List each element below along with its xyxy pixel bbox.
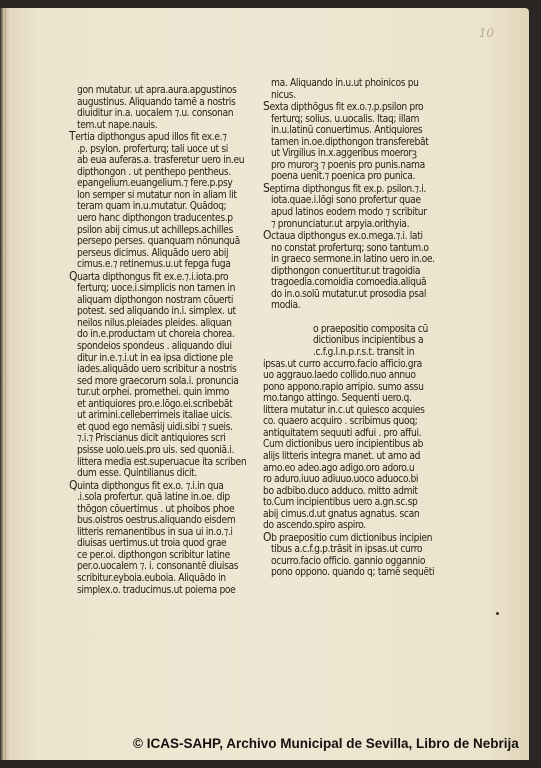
text-line: nicus. xyxy=(263,90,463,102)
text-line: Quarta dipthongus fit ex.e.⁊.i.iota.pro xyxy=(69,271,259,284)
text-line: psilon abij cimus.ut achilleps.achilles xyxy=(69,225,259,237)
text-line: ut Virgilius in.x.aggeribus moerorꝫ xyxy=(263,148,463,160)
text-line: littera mutatur in.c.ut quiesco acquies xyxy=(263,405,463,417)
text-line: tamen in.oe.dipthongon transferebāt xyxy=(263,137,463,149)
text-line: bus.oistros oestrus.aliquando eisdem xyxy=(69,515,259,527)
text-line: Ob praepositio cum dictionibus incipien xyxy=(263,532,463,545)
text-line: Tertia dipthongus apud illos fit ex.e.⁊ xyxy=(69,131,259,144)
text-line: litteris remanentibus in sua ui in.o.⁊.i xyxy=(69,527,259,539)
text-line: ro aduro.iuuo adiuuo.uoco aduoco.bi xyxy=(263,474,463,486)
text-line: .p. psylon. proferturq; tali uoce ut si xyxy=(69,144,259,156)
text-line: ferturq; uoce.i.simplicis non tamen in xyxy=(69,283,259,295)
text-line: Cum dictionibus uero incipientibus ab xyxy=(263,439,463,451)
text-line: perseus dicimus. Aliquādo uero abij xyxy=(69,248,259,260)
text-line: no constat proferturq; sono tantum.o xyxy=(263,243,463,255)
gutter-line xyxy=(5,8,6,760)
text-line: amo.eo adeo.ago adigo.oro adoro.u xyxy=(263,463,463,475)
text-line: dipthongon . ut penthepo pentheus. xyxy=(69,167,259,179)
text-line: tragoedia.comoidia comoedia.aliquā xyxy=(263,277,463,289)
text-line: dipthongon conuertitur.ut tragoidia xyxy=(263,266,463,278)
text-line: iota.quae.i.lōgi sono profertur quae xyxy=(263,195,463,207)
text-line: in graeco sermone.in latino uero in.oe. xyxy=(263,254,463,266)
text-line: potest. sed aliquando in.i. simplex. ut xyxy=(69,306,259,318)
text-line: mo.tango attingo. Sequenti uero.q. xyxy=(263,393,463,405)
folio-number: 10 xyxy=(479,26,494,40)
text-line: augustinus. Aliquando tamē a nostris xyxy=(69,97,259,109)
text-line: ocurro.facio officio. gannio oggannio xyxy=(263,556,463,568)
text-line: simplex.o. traducimus.ut poiema poe xyxy=(69,585,259,597)
text-line: do in.o.solū mutatur.ut prosodia psal xyxy=(263,289,463,301)
text-line: uo aggrauo.laedo collido.nuo annuo xyxy=(263,370,463,382)
text-line: tur.ut orphei. promethei. quin immo xyxy=(69,387,259,399)
text-line: thōgon cōuertimus . ut phoibos phoe xyxy=(69,504,259,516)
text-line: bo adbibo.duco adduco. mitto admit xyxy=(263,486,463,498)
left-text-column: gon mutatur. ut apra.aura.apgustinosaugu… xyxy=(69,85,259,596)
text-line: pro murorꝫ ⁊ poenis pro punis.nama xyxy=(263,160,463,172)
text-line: .c.f.g.l.n.p.r.s.t. transit in xyxy=(263,347,463,359)
text-line: ditur in.e.⁊.i.ut in ea ipsa dictione pl… xyxy=(69,353,259,365)
text-line: gon mutatur. ut apra.aura.apgustinos xyxy=(69,85,259,97)
text-line: co. quaero acquiro . scribimus quoq; xyxy=(263,416,463,428)
text-line: do ascendo.spiro aspiro. xyxy=(263,520,463,532)
text-line: psisse uolo.ueis.pro uis. sed quoniā.i. xyxy=(69,445,259,457)
text-line: dictionibus incipientibus a xyxy=(263,335,463,347)
text-line: o praepositio composita cū xyxy=(263,324,463,336)
section-gap xyxy=(263,312,463,324)
text-line: et quod ego nemāsij uidi.sibi ⁊ sueis. xyxy=(69,422,259,434)
text-line: ce per.oi. dipthongon scribitur latine xyxy=(69,550,259,562)
text-line: Quinta dipthongus fit ex.o. ⁊.i.in qua xyxy=(69,480,259,493)
text-line: ⁊ pronunciatur.ut arpyia.orithyia. xyxy=(263,219,463,231)
right-text-column: ma. Aliquando in.u.ut phoinicos punicus.… xyxy=(263,78,463,579)
copyright-notice: © ICAS-SAHP, Archivo Municipal de Sevill… xyxy=(133,736,519,751)
text-line: pono appono.rapio arripio. sumo assu xyxy=(263,382,463,394)
text-line: diuisas uertimus.ut troia quod grae xyxy=(69,538,259,550)
text-line: aliquam dipthongon nostram cōuerti xyxy=(69,295,259,307)
text-line: abij cimus.d.ut gnatus agnatus. scan xyxy=(263,509,463,521)
text-line: poena uenit.⁊ poenica pro punica. xyxy=(263,171,463,183)
text-line: et antiquiores pro.e.lōgo.ei.scribebāt xyxy=(69,399,259,411)
text-line: Sexta dipthōgus fit ex.o.⁊.p.psilon pro xyxy=(263,101,463,114)
text-line: ab eua auferas.a. trasferetur uero in.eu xyxy=(69,155,259,167)
text-line: neilos nilus.pleiades pleides. aliquan xyxy=(69,318,259,330)
text-line: ferturq; solius. u.uocalis. Itaq; illam xyxy=(263,114,463,126)
ink-stain xyxy=(496,612,499,615)
text-line: scribitur.eyboia.euboia. Aliquādo in xyxy=(69,573,259,585)
text-line: tibus a.c.f.g.p.trāsit in ipsas.ut curro xyxy=(263,544,463,556)
binding-edge xyxy=(0,8,9,760)
text-line: tem.ut nape.nauis. xyxy=(69,120,259,132)
text-line: to.Cum incipientibus uero a.gn.sc.sp xyxy=(263,497,463,509)
text-line: Septima dipthongus fit ex.p. psilon.⁊.i. xyxy=(263,183,463,196)
text-line: sed more graecorum sola.i. pronuncia xyxy=(69,376,259,388)
text-line: ipsas.ut curro accurro.facio afficio.gra xyxy=(263,359,463,371)
text-line: do in.e.productam ut choreia chorea. xyxy=(69,329,259,341)
text-line: alijs litteris integra manet. ut amo ad xyxy=(263,451,463,463)
text-line: uero hanc dipthongon traducentes.p xyxy=(69,213,259,225)
text-line: ma. Aliquando in.u.ut phoinicos pu xyxy=(263,78,463,90)
text-line: lon semper si mutatur non in aliam lit xyxy=(69,190,259,202)
text-line: apud latinos eodem modo ⁊ scribitur xyxy=(263,207,463,219)
text-line: pono oppono. quando q; tamē sequēti xyxy=(263,567,463,579)
text-line: cimus.e.⁊ retinemus.u.ut fepga fuga xyxy=(69,259,259,271)
text-line: spondeios spondeus . aliquando diui xyxy=(69,341,259,353)
text-line: per.o.uocalem ⁊. i. consonantē diuisas xyxy=(69,561,259,573)
text-line: ⁊.i.⁊ Priscianus dicit antiquiores scri xyxy=(69,433,259,445)
text-line: epangelium.euangelium.⁊ fere.p.psy xyxy=(69,178,259,190)
text-line: .i.sola profertur. quā latine in.oe. dip xyxy=(69,492,259,504)
text-line: diuiditur in.a. uocalem ⁊.u. consonan xyxy=(69,108,259,120)
text-line: in.u.latinū conuertimus. Antiquiores xyxy=(263,125,463,137)
text-line: ut arimini.celleberrimeis italiae uicis. xyxy=(69,410,259,422)
text-line: iades.aliquādo uero scribitur a nostris xyxy=(69,364,259,376)
text-line: antiquitatem sequuti adfui . pro affui. xyxy=(263,428,463,440)
text-line: dum esse. Quintilianus dicit. xyxy=(69,468,259,480)
text-line: Octaua dipthongus ex.o.mega.⁊.i. lati xyxy=(263,230,463,243)
text-line: modia. xyxy=(263,300,463,312)
text-line: teram quam in.u.mutatur. Quādoq; xyxy=(69,201,259,213)
text-line: persepo perses. quanquam nōnunquā xyxy=(69,236,259,248)
text-line: littera media est.superuacue ita scriben xyxy=(69,457,259,469)
